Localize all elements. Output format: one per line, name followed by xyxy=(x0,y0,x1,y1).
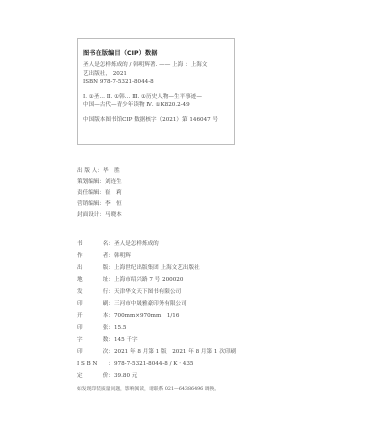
spec-value: 天津华文天下图书有限公司 xyxy=(114,286,181,298)
credit-label: 营销编辑： xyxy=(77,199,105,210)
spec-sheets: 印张：15.5 xyxy=(77,322,236,334)
spec-value: 上海世纪出版集团 上海文艺出版社 xyxy=(114,262,200,274)
credit-label: 出 版 人： xyxy=(77,166,103,177)
spec-key: 开 xyxy=(77,310,83,322)
spec-key-suffix: 版： xyxy=(103,262,114,274)
credit-label: 策划编辑： xyxy=(77,177,105,188)
spec-value: 韩明辉 xyxy=(114,250,131,262)
cip-line-bibliographic: 圣人是怎样炼成的 / 韩明辉著. —— 上海 ：上海文 xyxy=(83,61,229,70)
spec-key: 出 xyxy=(77,262,83,274)
spec-key: I S B N xyxy=(77,358,97,370)
spec-key-suffix: 刷： xyxy=(103,298,114,310)
cip-data-box: 图书在版编目（CIP）数据 圣人是怎样炼成的 / 韩明辉著. —— 上海 ：上海… xyxy=(77,38,235,145)
spec-title: 书名：圣人是怎样炼成的 xyxy=(77,238,236,250)
spec-price: 定价：39.80 元 xyxy=(77,370,236,382)
spec-value: 15.5 xyxy=(114,322,126,334)
spec-key-suffix: 数： xyxy=(103,334,114,346)
spec-word-count: 字数：145 千字 xyxy=(77,334,236,346)
credit-cover-design: 封面设计：马晓本 xyxy=(77,210,122,221)
spec-key: 地 xyxy=(77,274,83,286)
cip-line-bibliographic-cont: 艺出版社， 2021 xyxy=(83,70,229,79)
credit-value: 李 恒 xyxy=(105,199,122,210)
spec-key: 印 xyxy=(77,322,83,334)
spec-key-suffix: 者： xyxy=(103,250,114,262)
spec-value: 圣人是怎样炼成的 xyxy=(114,238,159,250)
spec-printer: 印刷：三河市中晟雅豪印务有限公司 xyxy=(77,298,236,310)
spec-key-suffix: 名： xyxy=(103,238,114,250)
spec-value: 145 千字 xyxy=(114,334,138,346)
cip-line-isbn: ISBN 978-7-5321-8044-8 xyxy=(83,78,229,87)
credit-responsible-editor: 责任编辑：崔 莉 xyxy=(77,188,122,199)
spec-format: 开本：700mm×970mm 1/16 xyxy=(77,310,236,322)
spec-key-suffix: 张： xyxy=(103,322,114,334)
spec-key: 作 xyxy=(77,250,83,262)
cip-title: 图书在版编目（CIP）数据 xyxy=(83,48,229,57)
quality-notice: 如发现印装质量问题，影响阅读，请联系 021—64386496 调换。 xyxy=(77,385,219,392)
credit-publisher: 出 版 人：毕 胜 xyxy=(77,166,122,177)
spec-key: 书 xyxy=(77,238,83,250)
spec-key: 字 xyxy=(77,334,83,346)
cip-line-subjects: Ⅰ. ①圣… Ⅱ. ①韩… Ⅲ. ①历史人物—生平事迹— xyxy=(83,93,229,102)
spec-key-suffix: 价： xyxy=(103,370,114,382)
spec-value: 上海市绍兴路 7 号 200020 xyxy=(114,274,183,286)
spec-value: 三河市中晟雅豪印务有限公司 xyxy=(114,298,187,310)
credit-value: 毕 胜 xyxy=(103,166,120,177)
spec-distributor: 发行：天津华文天下图书有限公司 xyxy=(77,286,236,298)
spec-key-suffix: 次： xyxy=(103,346,114,358)
spec-author: 作者：韩明辉 xyxy=(77,250,236,262)
cip-line-record-number: 中国版本图书馆CIP 数据核字（2021）第 146047 号 xyxy=(83,116,229,125)
credits-list: 出 版 人：毕 胜 策划编辑：刘连生 责任编辑：崔 莉 营销编辑：李 恒 封面设… xyxy=(77,166,122,221)
spec-value: 978-7-5321-8044-8 / K · 435 xyxy=(114,358,193,370)
credit-value: 刘连生 xyxy=(105,177,122,188)
spec-address: 地址：上海市绍兴路 7 号 200020 xyxy=(77,274,236,286)
spec-value: 700mm×970mm 1/16 xyxy=(114,310,179,322)
credit-value: 马晓本 xyxy=(105,210,122,221)
spec-key: 印 xyxy=(77,298,83,310)
spec-publisher: 出版：上海世纪出版集团 上海文艺出版社 xyxy=(77,262,236,274)
publication-specs: 书名：圣人是怎样炼成的 作者：韩明辉 出版：上海世纪出版集团 上海文艺出版社 地… xyxy=(77,238,236,382)
spec-key-suffix: 址： xyxy=(103,274,114,286)
spec-key: 定 xyxy=(77,370,83,382)
spec-value: 2021 年 8 月第 1 版 2021 年 8 月第 1 次印刷 xyxy=(114,346,236,358)
credit-marketing-editor: 营销编辑：李 恒 xyxy=(77,199,122,210)
spec-edition: 印次：2021 年 8 月第 1 版 2021 年 8 月第 1 次印刷 xyxy=(77,346,236,358)
credit-label: 封面设计： xyxy=(77,210,105,221)
spec-key-suffix: 行： xyxy=(103,286,114,298)
spec-key-suffix: 本： xyxy=(103,310,114,322)
credit-label: 责任编辑： xyxy=(77,188,105,199)
spec-key: 印 xyxy=(77,346,83,358)
spec-isbn: I S B N：978-7-5321-8044-8 / K · 435 xyxy=(77,358,236,370)
credit-value: 崔 莉 xyxy=(105,188,122,199)
credit-planning-editor: 策划编辑：刘连生 xyxy=(77,177,122,188)
cip-line-subjects-cont: 中国—古代—青少年读物 Ⅳ. ①K820.2-49 xyxy=(83,101,229,110)
spec-key: 发 xyxy=(77,286,83,298)
spec-value: 39.80 元 xyxy=(114,370,137,382)
